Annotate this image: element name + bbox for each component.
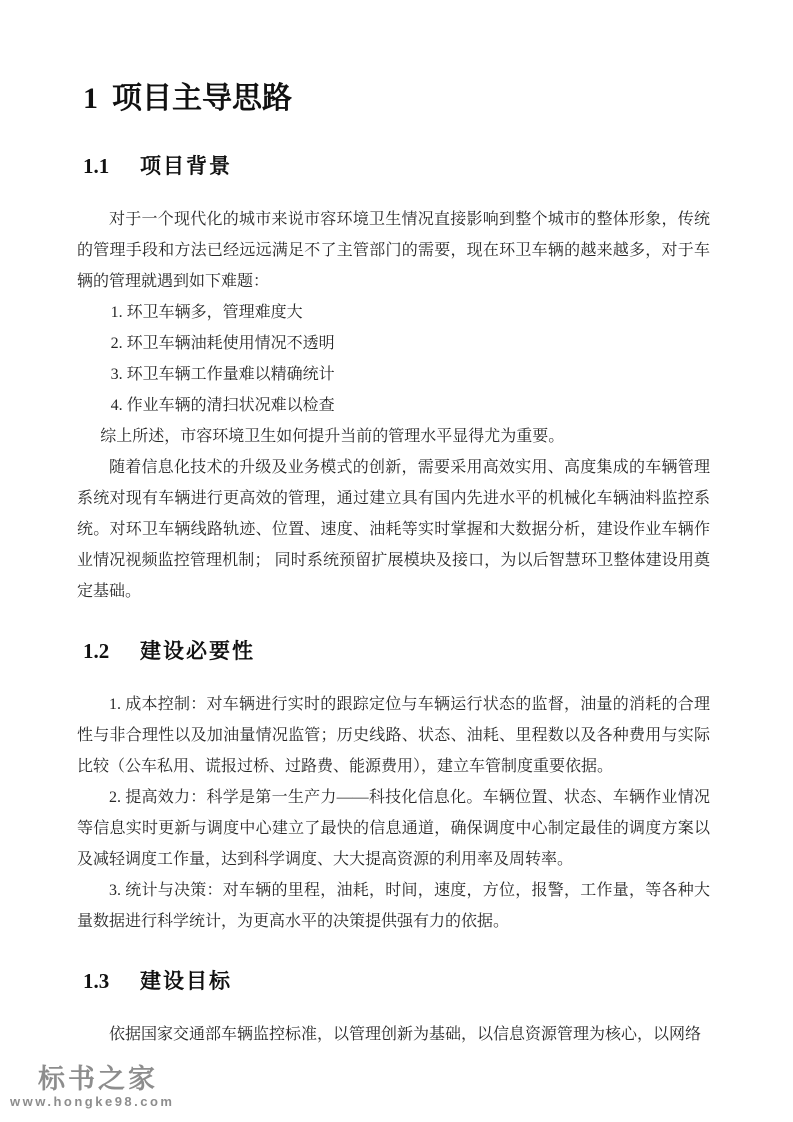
list-item: 3. 环卫车辆工作量难以精确统计 <box>77 359 710 390</box>
list-item: 4. 作业车辆的清扫状况难以检查 <box>77 390 710 421</box>
section-heading-text: 项目背景 <box>140 154 232 178</box>
section-number: 1.2 <box>83 635 140 667</box>
watermark-url-text: www.hongke98.com <box>10 1095 175 1109</box>
section-heading-1-1: 1.1项目背景 <box>77 150 710 182</box>
list-item: 2. 环卫车辆油耗使用情况不透明 <box>77 328 710 359</box>
chapter-number: 1 <box>83 78 112 120</box>
paragraph-summary: 综上所述，市容环境卫生如何提升当前的管理水平显得尤为重要。 <box>77 421 710 452</box>
paragraph-intro: 对于一个现代化的城市来说市容环境卫生情况直接影响到整个城市的整体形象，传统的管理… <box>77 204 710 297</box>
chapter-title-text: 项目主导思路 <box>112 82 292 115</box>
paragraph-necessity-item: 2. 提高效力：科学是第一生产力——科技化信息化。车辆位置、状态、车辆作业情况等… <box>77 782 710 875</box>
section-number: 1.1 <box>83 150 140 182</box>
section-heading-text: 建设必要性 <box>140 639 255 663</box>
section-number: 1.3 <box>83 965 140 997</box>
list-item: 1. 环卫车辆多，管理难度大 <box>77 297 710 328</box>
section-heading-1-2: 1.2建设必要性 <box>77 635 710 667</box>
document-page: 1项目主导思路 1.1项目背景 对于一个现代化的城市来说市容环境卫生情况直接影响… <box>0 0 793 1122</box>
paragraph-outlook: 随着信息化技术的升级及业务模式的创新，需要采用高效实用、高度集成的车辆管理系统对… <box>77 452 710 607</box>
watermark: 标书之家 www.hongke98.com <box>10 1064 175 1109</box>
paragraph-necessity-item: 1. 成本控制：对车辆进行实时的跟踪定位与车辆运行状态的监督，油量的消耗的合理性… <box>77 689 710 782</box>
paragraph-goal: 依据国家交通部车辆监控标准，以管理创新为基础，以信息资源管理为核心，以网络 <box>77 1019 710 1050</box>
section-heading-text: 建设目标 <box>140 969 232 993</box>
paragraph-necessity-item: 3. 统计与决策：对车辆的里程，油耗，时间，速度，方位，报警，工作量，等各种大量… <box>77 875 710 937</box>
watermark-logo-text: 标书之家 <box>38 1064 175 1094</box>
chapter-title: 1项目主导思路 <box>77 78 710 120</box>
section-heading-1-3: 1.3建设目标 <box>77 965 710 997</box>
